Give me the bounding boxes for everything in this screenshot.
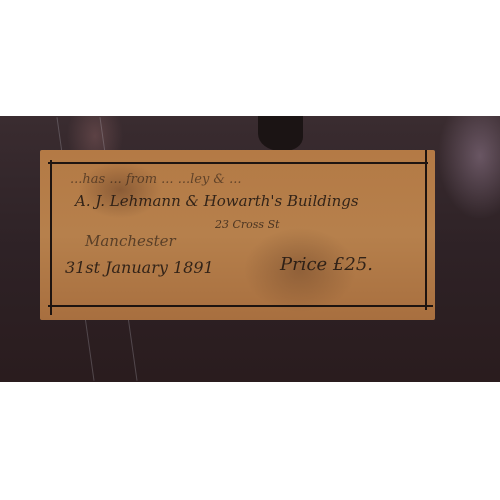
label-price: Price £25. (280, 254, 373, 275)
paper-label: ...has ... from ... ...ley & ... A. J. L… (40, 150, 435, 320)
label-line-3: 23 Cross St (215, 218, 280, 231)
label-line-1: ...has ... from ... ...ley & ... (70, 172, 242, 187)
label-border-top (48, 162, 428, 164)
label-line-2: A. J. Lehmann & Howarth's Buildings (75, 192, 359, 210)
label-border-bottom (48, 305, 433, 307)
label-date: 31st January 1891 (65, 258, 214, 277)
dark-stain (258, 116, 303, 151)
label-border-right (425, 150, 427, 310)
photograph: ...has ... from ... ...ley & ... A. J. L… (0, 116, 500, 382)
label-line-4: Manchester (85, 232, 176, 250)
label-border-left (50, 160, 52, 315)
